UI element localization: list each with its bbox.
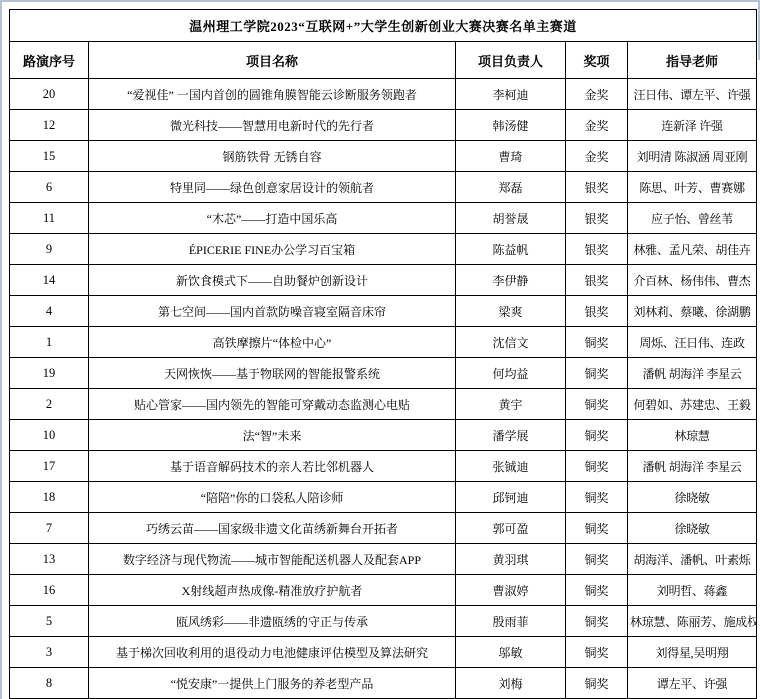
award-cell: 金奖 xyxy=(566,79,628,110)
roadshow-number-cell: 8 xyxy=(10,668,89,699)
results-table: 温州理工学院2023“互联网+”大学生创新创业大赛决赛名单主赛道 路演序号 项目… xyxy=(9,9,757,699)
project-leader-cell: 黄羽琪 xyxy=(456,544,566,575)
project-name-cell: 钢筋铁骨 无锈自容 xyxy=(89,141,456,172)
project-name-cell: 微光科技——智慧用电新时代的先行者 xyxy=(89,110,456,141)
award-cell: 铜奖 xyxy=(566,637,628,668)
advisors-cell: 周烁、汪日伟、连政 xyxy=(628,327,757,358)
project-name-cell: 基于梯次回收利用的退役动力电池健康评估模型及算法研究 xyxy=(89,637,456,668)
award-cell: 铜奖 xyxy=(566,451,628,482)
column-header-roadshow-number: 路演序号 xyxy=(10,42,89,79)
roadshow-number-cell: 1 xyxy=(10,327,89,358)
project-leader-cell: 郭可盈 xyxy=(456,513,566,544)
project-leader-cell: 沈信文 xyxy=(456,327,566,358)
project-name-cell: 天网恢恢——基于物联网的智能报警系统 xyxy=(89,358,456,389)
advisors-cell: 林琼慧、陈丽芳、施成权 xyxy=(628,606,757,637)
project-name-cell: “悦安康”一提供上门服务的养老型产品 xyxy=(89,668,456,699)
project-leader-cell: 刘梅 xyxy=(456,668,566,699)
award-cell: 银奖 xyxy=(566,203,628,234)
advisors-cell: 林雅、孟凡荣、胡佳卉 xyxy=(628,234,757,265)
project-leader-cell: 郑磊 xyxy=(456,172,566,203)
advisors-cell: 刘林莉、蔡曦、徐湖鹏 xyxy=(628,296,757,327)
award-cell: 银奖 xyxy=(566,265,628,296)
advisors-cell: 介百林、杨伟伟、曹杰 xyxy=(628,265,757,296)
advisors-cell: 胡海洋、潘帆、叶素烁 xyxy=(628,544,757,575)
advisors-cell: 潘帆 胡海洋 李星云 xyxy=(628,358,757,389)
roadshow-number-cell: 6 xyxy=(10,172,89,203)
roadshow-number-cell: 3 xyxy=(10,637,89,668)
advisors-cell: 林琼慧 xyxy=(628,420,757,451)
roadshow-number-cell: 15 xyxy=(10,141,89,172)
roadshow-number-cell: 2 xyxy=(10,389,89,420)
roadshow-number-cell: 5 xyxy=(10,606,89,637)
award-cell: 铜奖 xyxy=(566,389,628,420)
project-name-cell: 贴心管家——国内领先的智能可穿戴动态监测心电贴 xyxy=(89,389,456,420)
project-leader-cell: 黄宇 xyxy=(456,389,566,420)
advisors-cell: 陈思、叶芳、曹赛娜 xyxy=(628,172,757,203)
title-row: 温州理工学院2023“互联网+”大学生创新创业大赛决赛名单主赛道 xyxy=(10,10,757,42)
project-leader-cell: 梁爽 xyxy=(456,296,566,327)
project-name-cell: 巧绣云苗——国家级非遗文化苗绣新舞台开拓者 xyxy=(89,513,456,544)
advisors-cell: 应子怡、曾丝苇 xyxy=(628,203,757,234)
project-name-cell: 法“智”未来 xyxy=(89,420,456,451)
project-name-cell: 基于语音解码技术的亲人若比邻机器人 xyxy=(89,451,456,482)
table-row: 4第七空间——国内首款防噪音寝室隔音床帘梁爽银奖刘林莉、蔡曦、徐湖鹏 xyxy=(10,296,757,327)
project-name-cell: 高铁摩擦片“体检中心” xyxy=(89,327,456,358)
project-leader-cell: 何均益 xyxy=(456,358,566,389)
roadshow-number-cell: 16 xyxy=(10,575,89,606)
award-cell: 银奖 xyxy=(566,296,628,327)
advisors-cell: 刘明清 陈淑涵 周亚刚 xyxy=(628,141,757,172)
project-leader-cell: 邬敏 xyxy=(456,637,566,668)
window-edge-left xyxy=(0,0,2,699)
roadshow-number-cell: 9 xyxy=(10,234,89,265)
project-leader-cell: 邱钶迪 xyxy=(456,482,566,513)
award-cell: 金奖 xyxy=(566,110,628,141)
project-name-cell: 瓯风绣彩——非遗瓯绣的守正与传承 xyxy=(89,606,456,637)
roadshow-number-cell: 4 xyxy=(10,296,89,327)
roadshow-number-cell: 13 xyxy=(10,544,89,575)
column-header-project-leader: 项目负责人 xyxy=(456,42,566,79)
table-row: 20“爱视佳” 一国内首创的圆锥角膜智能云诊断服务领跑者李柯迪金奖汪日伟、谭左平… xyxy=(10,79,757,110)
table-row: 5瓯风绣彩——非遗瓯绣的守正与传承殷雨菲铜奖林琼慧、陈丽芳、施成权 xyxy=(10,606,757,637)
project-leader-cell: 李柯迪 xyxy=(456,79,566,110)
award-cell: 铜奖 xyxy=(566,482,628,513)
project-leader-cell: 陈益帆 xyxy=(456,234,566,265)
award-cell: 铜奖 xyxy=(566,544,628,575)
table-row: 3基于梯次回收利用的退役动力电池健康评估模型及算法研究邬敏铜奖刘得星,吴明翔 xyxy=(10,637,757,668)
project-leader-cell: 曹琦 xyxy=(456,141,566,172)
advisors-cell: 刘明哲、蒋鑫 xyxy=(628,575,757,606)
header-row: 路演序号 项目名称 项目负责人 奖项 指导老师 xyxy=(10,42,757,79)
project-leader-cell: 殷雨菲 xyxy=(456,606,566,637)
table-row: 18“陪陪”你的口袋私人陪诊师邱钶迪铜奖徐晓敏 xyxy=(10,482,757,513)
project-name-cell: 新饮食模式下——自助餐炉创新设计 xyxy=(89,265,456,296)
award-cell: 银奖 xyxy=(566,172,628,203)
roadshow-number-cell: 11 xyxy=(10,203,89,234)
table-row: 2贴心管家——国内领先的智能可穿戴动态监测心电贴黄宇铜奖何碧如、苏建忠、王毅 xyxy=(10,389,757,420)
roadshow-number-cell: 14 xyxy=(10,265,89,296)
advisors-cell: 谭左平、许强 xyxy=(628,668,757,699)
project-name-cell: 第七空间——国内首款防噪音寝室隔音床帘 xyxy=(89,296,456,327)
roadshow-number-cell: 18 xyxy=(10,482,89,513)
window-edge-top xyxy=(0,0,760,2)
advisors-cell: 何碧如、苏建忠、王毅 xyxy=(628,389,757,420)
advisors-cell: 汪日伟、谭左平、许强 xyxy=(628,79,757,110)
roadshow-number-cell: 17 xyxy=(10,451,89,482)
table-row: 9ÉPICERIE FINE办公学习百宝箱陈益帆银奖林雅、孟凡荣、胡佳卉 xyxy=(10,234,757,265)
table-row: 14新饮食模式下——自助餐炉创新设计李伊静银奖介百林、杨伟伟、曹杰 xyxy=(10,265,757,296)
project-name-cell: “木芯”——打造中国乐高 xyxy=(89,203,456,234)
table-row: 13数字经济与现代物流——城市智能配送机器人及配套APP黄羽琪铜奖胡海洋、潘帆、… xyxy=(10,544,757,575)
advisors-cell: 刘得星,吴明翔 xyxy=(628,637,757,668)
table-row: 8“悦安康”一提供上门服务的养老型产品刘梅铜奖谭左平、许强 xyxy=(10,668,757,699)
project-name-cell: 数字经济与现代物流——城市智能配送机器人及配套APP xyxy=(89,544,456,575)
table-row: 7巧绣云苗——国家级非遗文化苗绣新舞台开拓者郭可盈铜奖徐晓敏 xyxy=(10,513,757,544)
award-cell: 铜奖 xyxy=(566,327,628,358)
advisors-cell: 徐晓敏 xyxy=(628,482,757,513)
project-leader-cell: 李伊静 xyxy=(456,265,566,296)
advisors-cell: 徐晓敏 xyxy=(628,513,757,544)
award-cell: 铜奖 xyxy=(566,358,628,389)
table-row: 6特里同——绿色创意家居设计的领航者郑磊银奖陈思、叶芳、曹赛娜 xyxy=(10,172,757,203)
table-row: 11“木芯”——打造中国乐高胡誉晟银奖应子怡、曾丝苇 xyxy=(10,203,757,234)
project-leader-cell: 曹淑婷 xyxy=(456,575,566,606)
project-name-cell: “陪陪”你的口袋私人陪诊师 xyxy=(89,482,456,513)
spreadsheet-page: 温州理工学院2023“互联网+”大学生创新创业大赛决赛名单主赛道 路演序号 项目… xyxy=(0,0,760,699)
roadshow-number-cell: 7 xyxy=(10,513,89,544)
advisors-cell: 连新泽 许强 xyxy=(628,110,757,141)
award-cell: 金奖 xyxy=(566,141,628,172)
project-name-cell: ÉPICERIE FINE办公学习百宝箱 xyxy=(89,234,456,265)
table-row: 10法“智”未来潘学展铜奖林琼慧 xyxy=(10,420,757,451)
column-header-advisors: 指导老师 xyxy=(628,42,757,79)
column-header-award: 奖项 xyxy=(566,42,628,79)
project-leader-cell: 潘学展 xyxy=(456,420,566,451)
project-leader-cell: 张铖迪 xyxy=(456,451,566,482)
roadshow-number-cell: 10 xyxy=(10,420,89,451)
table-row: 17基于语音解码技术的亲人若比邻机器人张铖迪铜奖潘帆 胡海洋 李星云 xyxy=(10,451,757,482)
table-row: 1高铁摩擦片“体检中心”沈信文铜奖周烁、汪日伟、连政 xyxy=(10,327,757,358)
award-cell: 铜奖 xyxy=(566,420,628,451)
project-leader-cell: 胡誉晟 xyxy=(456,203,566,234)
project-name-cell: “爱视佳” 一国内首创的圆锥角膜智能云诊断服务领跑者 xyxy=(89,79,456,110)
table-body: 20“爱视佳” 一国内首创的圆锥角膜智能云诊断服务领跑者李柯迪金奖汪日伟、谭左平… xyxy=(10,79,757,699)
award-cell: 银奖 xyxy=(566,234,628,265)
table-row: 19天网恢恢——基于物联网的智能报警系统何均益铜奖潘帆 胡海洋 李星云 xyxy=(10,358,757,389)
table-row: 16X射线超声热成像-精准放疗护航者曹淑婷铜奖刘明哲、蒋鑫 xyxy=(10,575,757,606)
award-cell: 铜奖 xyxy=(566,513,628,544)
award-cell: 铜奖 xyxy=(566,575,628,606)
table-row: 12微光科技——智慧用电新时代的先行者韩汤健金奖连新泽 许强 xyxy=(10,110,757,141)
roadshow-number-cell: 12 xyxy=(10,110,89,141)
page-title: 温州理工学院2023“互联网+”大学生创新创业大赛决赛名单主赛道 xyxy=(10,10,757,42)
project-name-cell: 特里同——绿色创意家居设计的领航者 xyxy=(89,172,456,203)
column-header-project-name: 项目名称 xyxy=(89,42,456,79)
table-row: 15钢筋铁骨 无锈自容曹琦金奖刘明清 陈淑涵 周亚刚 xyxy=(10,141,757,172)
project-leader-cell: 韩汤健 xyxy=(456,110,566,141)
project-name-cell: X射线超声热成像-精准放疗护航者 xyxy=(89,575,456,606)
roadshow-number-cell: 20 xyxy=(10,79,89,110)
award-cell: 铜奖 xyxy=(566,606,628,637)
roadshow-number-cell: 19 xyxy=(10,358,89,389)
award-cell: 铜奖 xyxy=(566,668,628,699)
advisors-cell: 潘帆 胡海洋 李星云 xyxy=(628,451,757,482)
